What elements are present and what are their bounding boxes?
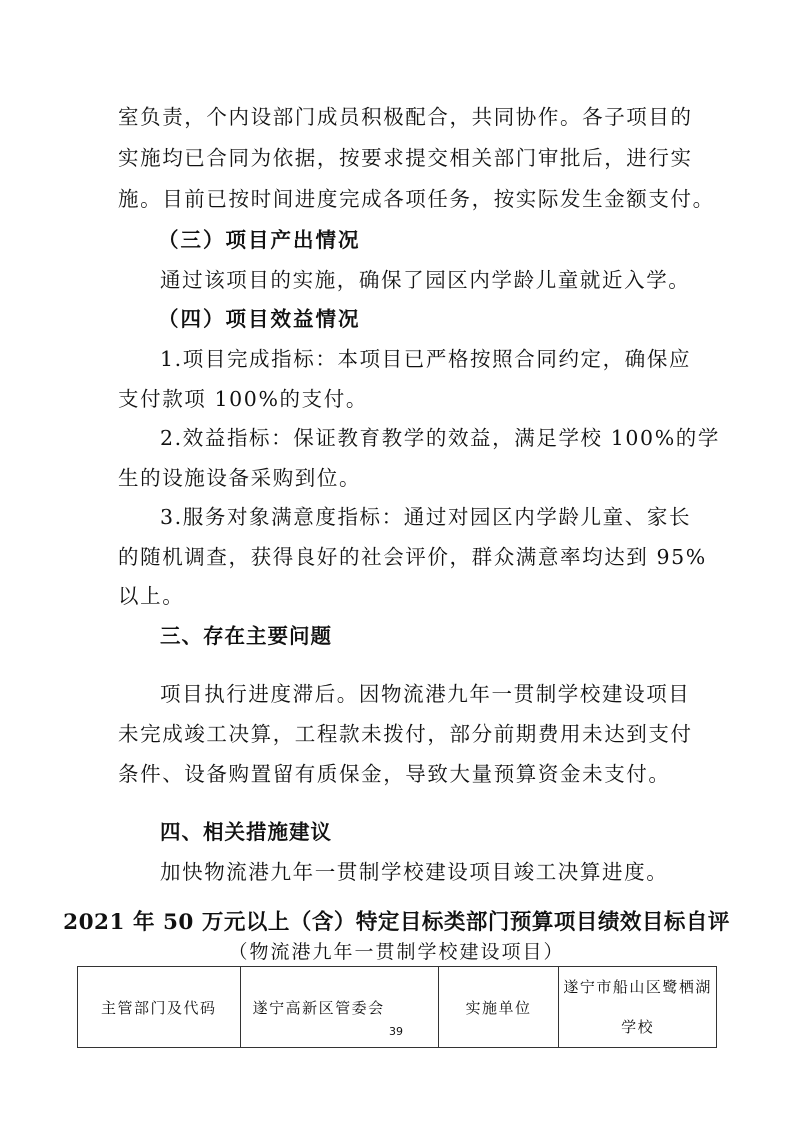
paragraph-line: 条件、设备购置留有质保金，导致大量预算资金未支付。 bbox=[118, 760, 678, 788]
paragraph-line: 2.效益指标：保证教育教学的效益，满足学校 100%的学 bbox=[160, 424, 720, 452]
paragraph-line: 项目执行进度滞后。因物流港九年一贯制学校建设项目 bbox=[160, 680, 720, 708]
cell-unit-label: 实施单位 bbox=[438, 967, 559, 1048]
heading-suggestions: 四、相关措施建议 bbox=[160, 818, 720, 846]
paragraph-line: 支付款项 100%的支付。 bbox=[118, 385, 678, 413]
paragraph-line: 实施均已合同为依据，按要求提交相关部门审批后，进行实 bbox=[118, 144, 678, 172]
cell-dept-value: 遂宁高新区管委会 bbox=[240, 967, 438, 1048]
paragraph-line: 通过该项目的实施，确保了园区内学龄儿童就近入学。 bbox=[160, 266, 720, 294]
paragraph-line: 室负责，个内设部门成员积极配合，共同协作。各子项目的 bbox=[118, 103, 678, 131]
paragraph-line: 以上。 bbox=[118, 582, 678, 610]
cell-unit-value: 遂宁市船山区鹭栖湖 学校 bbox=[559, 967, 717, 1048]
unit-value-line2: 学校 bbox=[559, 1007, 716, 1047]
paragraph-line: 1.项目完成指标：本项目已严格按照合同约定，确保应 bbox=[160, 345, 720, 373]
section-title-benefits: （四）项目效益情况 bbox=[158, 305, 718, 333]
paragraph-line: 加快物流港九年一贯制学校建设项目竣工决算进度。 bbox=[160, 858, 720, 886]
form-title: 2021 年 50 万元以上（含）特定目标类部门预算项目绩效目标自评 bbox=[0, 905, 793, 936]
paragraph-line: 的随机调查，获得良好的社会评价，群众满意率均达到 95% bbox=[118, 543, 678, 571]
paragraph-line: 3.服务对象满意度指标：通过对园区内学龄儿童、家长 bbox=[160, 503, 720, 531]
form-subtitle: （物流港九年一贯制学校建设项目） bbox=[0, 937, 793, 964]
unit-value-line1: 遂宁市船山区鹭栖湖 bbox=[559, 967, 716, 1007]
dept-value-text: 遂宁高新区管委会 bbox=[253, 999, 385, 1017]
paragraph-line: 未完成竣工决算，工程款未拨付，部分前期费用未达到支付 bbox=[118, 720, 678, 748]
page-number: 39 bbox=[389, 1025, 403, 1038]
cell-dept-label: 主管部门及代码 bbox=[78, 967, 241, 1048]
heading-problems: 三、存在主要问题 bbox=[160, 622, 720, 650]
paragraph-line: 生的设施设备采购到位。 bbox=[118, 464, 678, 492]
paragraph-line: 施。目前已按时间进度完成各项任务，按实际发生金额支付。 bbox=[118, 185, 678, 213]
section-title-outputs: （三）项目产出情况 bbox=[158, 226, 718, 254]
